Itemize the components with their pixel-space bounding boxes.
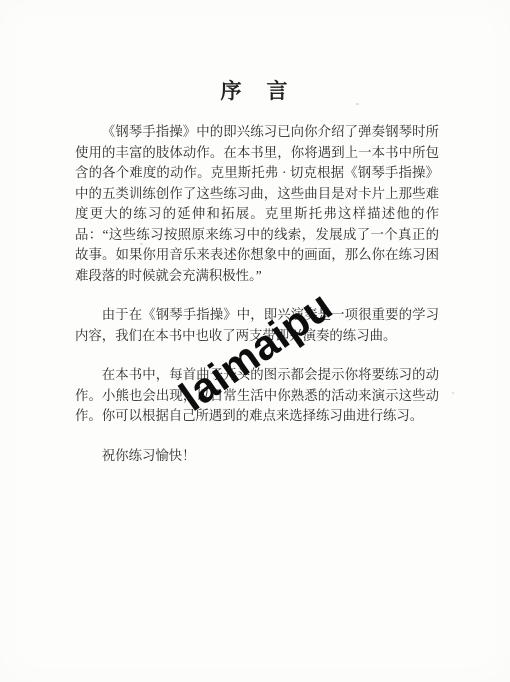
- scanned-book-page: 序 言 《钢琴手指操》中的即兴练习已向你介绍了弹奏钢琴时所使用的丰富的肢体动作。…: [0, 0, 510, 682]
- scan-speck: [452, 392, 454, 394]
- scan-speck: [356, 103, 359, 105]
- preface-paragraph-1: 《钢琴手指操》中的即兴练习已向你介绍了弹奏钢琴时所使用的丰富的肢体动作。在本书里…: [75, 122, 439, 286]
- preface-body: 《钢琴手指操》中的即兴练习已向你介绍了弹奏钢琴时所使用的丰富的肢体动作。在本书里…: [75, 122, 439, 466]
- scan-speck: [140, 243, 143, 245]
- preface-closing-line: 祝你练习愉快！: [75, 446, 439, 467]
- page-title: 序 言: [0, 75, 510, 105]
